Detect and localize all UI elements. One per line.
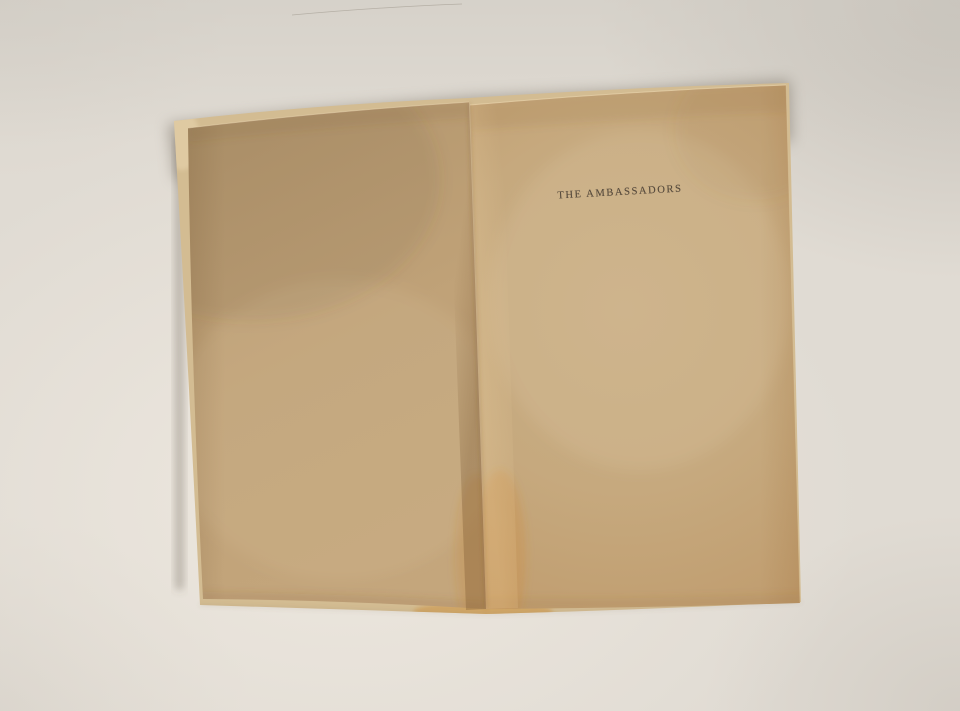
photo-scene: THE AMBASSADORS <box>0 0 960 711</box>
surface-scratch <box>292 4 462 15</box>
open-book <box>0 0 960 711</box>
left-page <box>60 40 510 635</box>
right-page <box>470 60 835 640</box>
